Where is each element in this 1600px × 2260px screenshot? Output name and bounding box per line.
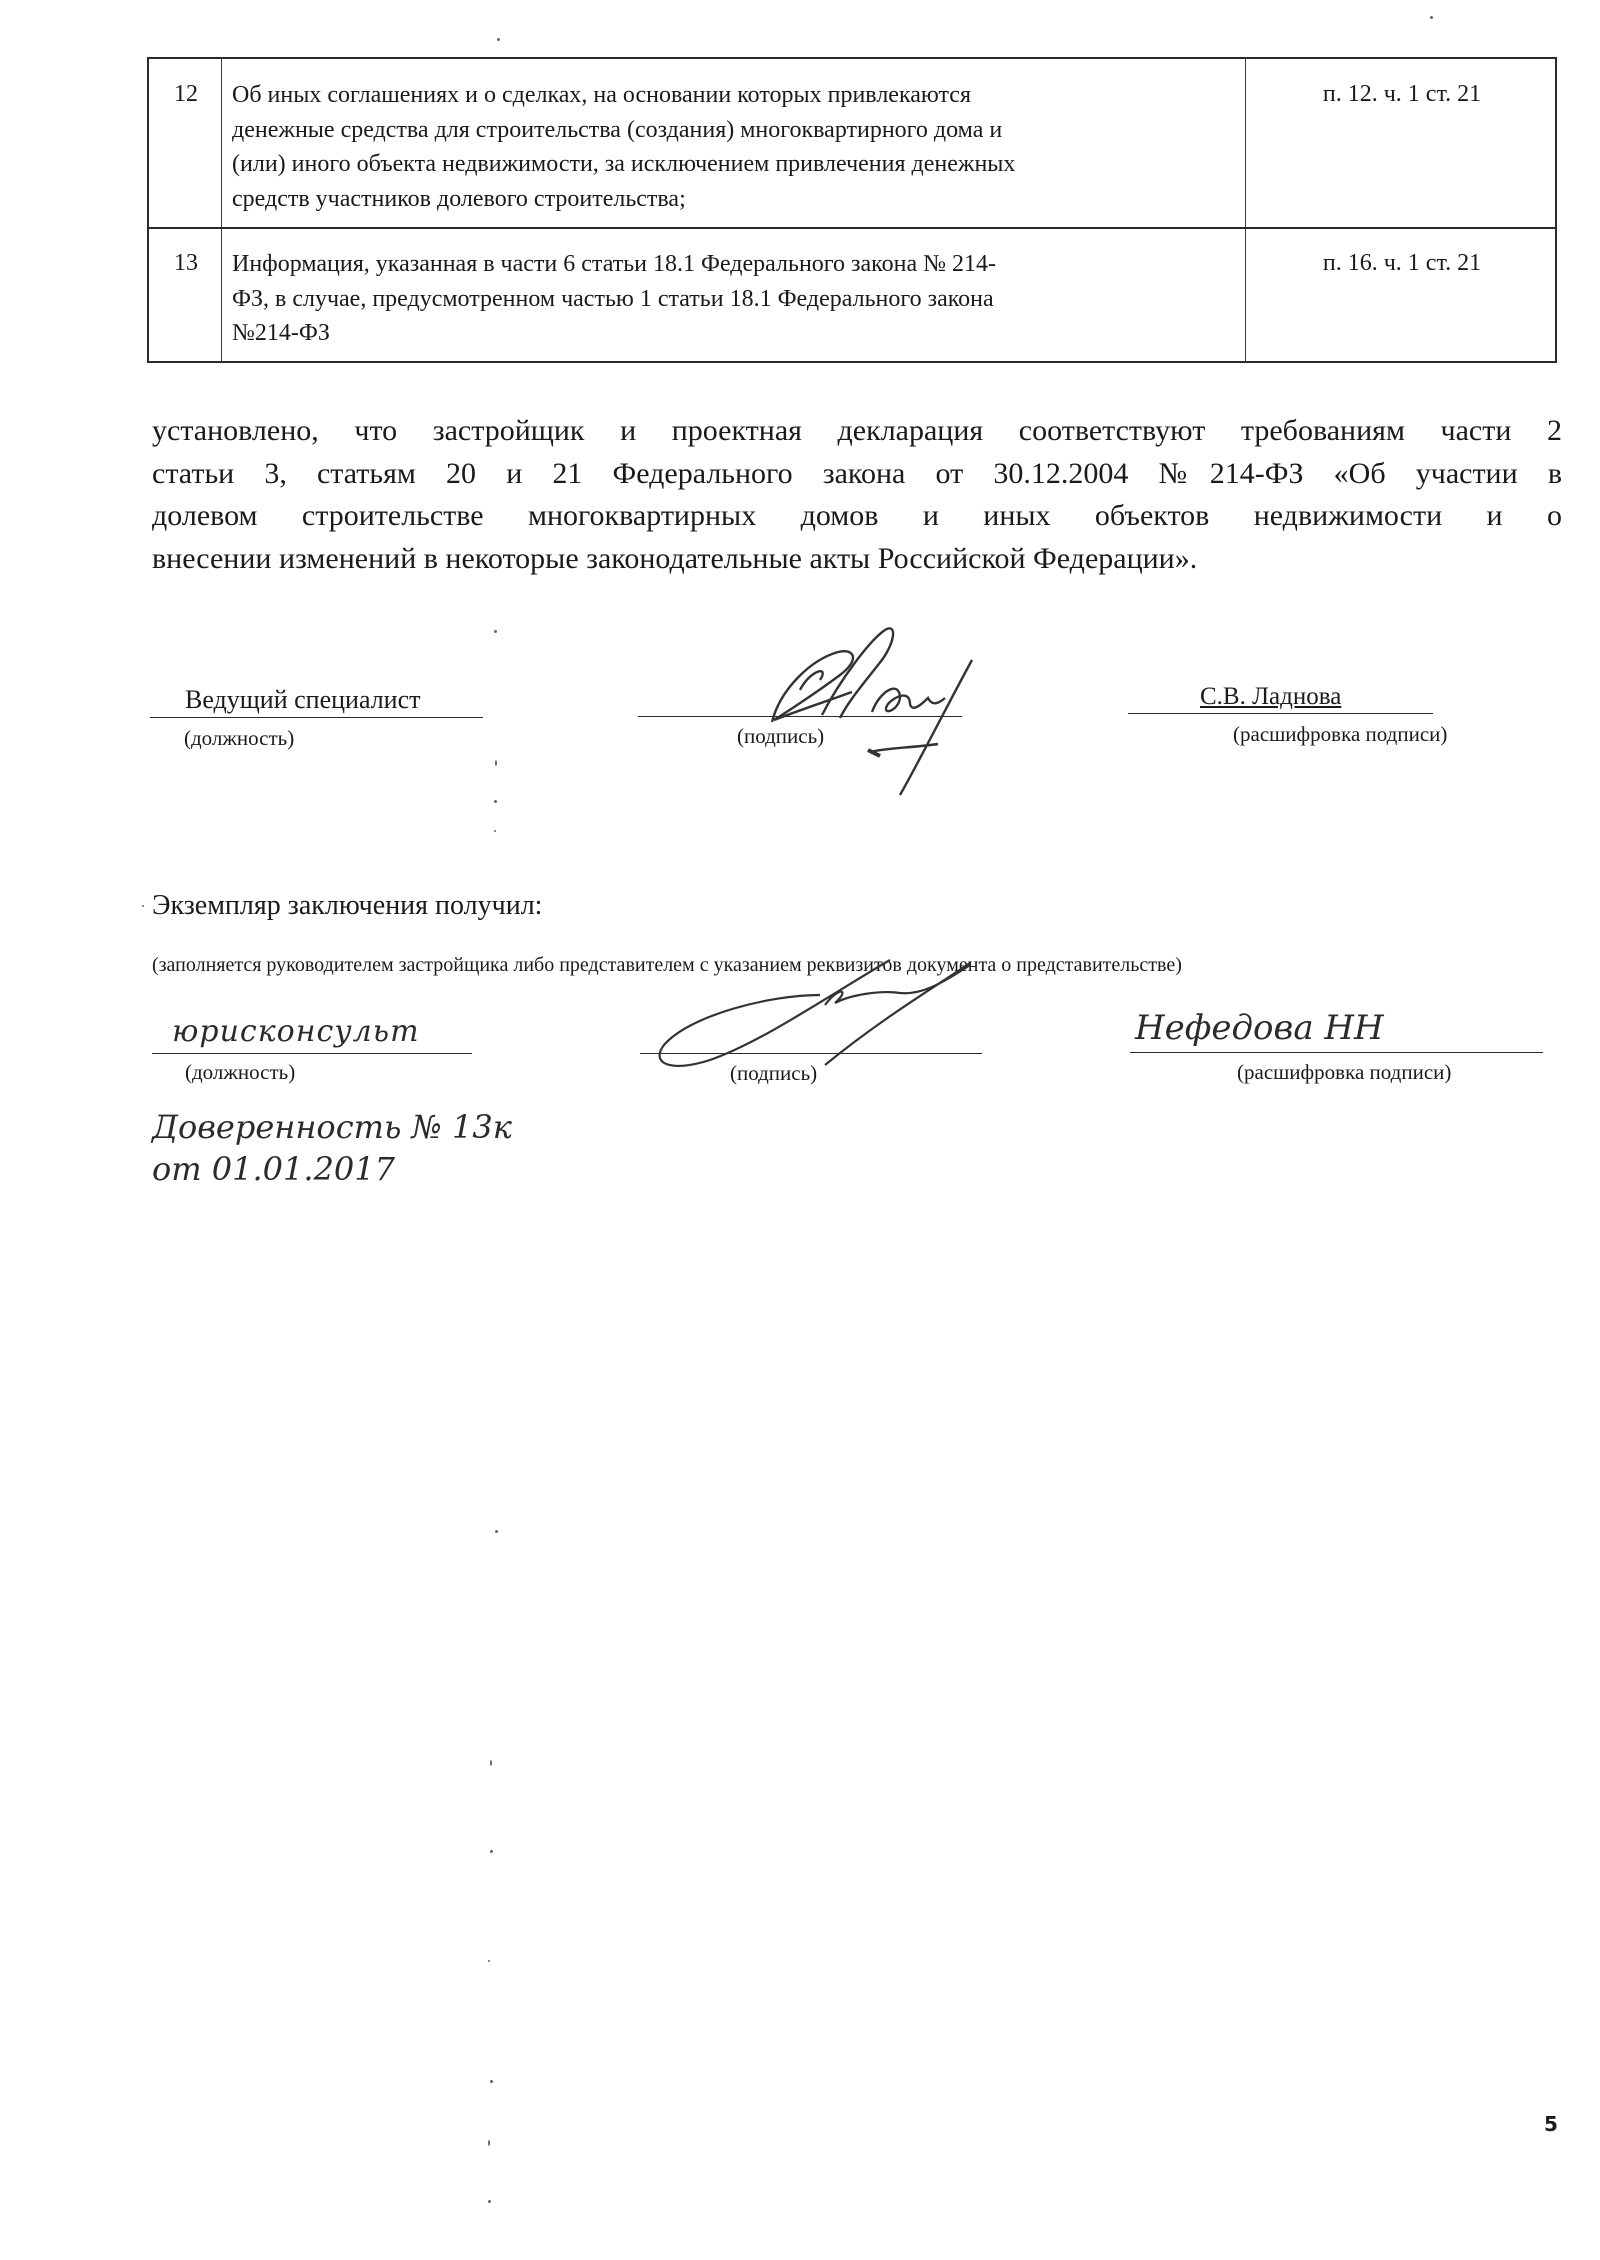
description-line: Об иных соглашениях и о сделках, на осно… (232, 78, 1015, 113)
recipient-name-handwritten: Нефедова НН (1135, 1008, 1384, 1048)
row-reference: п. 16. ч. 1 ст. 21 (1247, 250, 1557, 277)
description-line: ФЗ, в случае, предусмотренном частью 1 с… (232, 282, 996, 317)
row-description: Информация, указанная в части 6 статьи 1… (232, 247, 996, 351)
scan-speck (142, 905, 144, 907)
receipt-heading: Экземпляр заключения получил: (152, 890, 542, 922)
description-line: денежные средства для строительства (соз… (232, 113, 1015, 148)
description-line: Информация, указанная в части 6 статьи 1… (232, 247, 996, 282)
page-number: 5 (1544, 2112, 1558, 2136)
row-divider (149, 227, 1555, 229)
position-line (152, 1053, 472, 1054)
description-line: средств участников долевого строительств… (232, 182, 1015, 217)
description-line: (или) иного объекта недвижимости, за иск… (232, 147, 1015, 182)
scan-speck (488, 2200, 491, 2203)
scan-speck (1430, 16, 1433, 19)
power-of-attorney-line2: от 01.01.2017 (152, 1150, 395, 1188)
row-number: 12 (149, 81, 223, 108)
inspector-name: С.В. Ладнова (1200, 683, 1341, 711)
row-reference: п. 12. ч. 1 ст. 21 (1247, 81, 1557, 108)
inspector-signature-icon (760, 620, 990, 800)
row-number: 13 (149, 250, 223, 277)
recipient-signature-icon (650, 955, 990, 1075)
conclusion-line: долевом строительстве многоквартирных до… (152, 495, 1562, 538)
scan-speck (494, 630, 497, 633)
inspector-position: Ведущий специалист (185, 685, 421, 715)
position-line (150, 717, 483, 718)
scan-speck (495, 760, 497, 766)
conclusion-line: статьи 3, статьям 20 и 21 Федерального з… (152, 453, 1562, 496)
name-caption: (расшифровка подписи) (1237, 1060, 1451, 1085)
name-caption: (расшифровка подписи) (1233, 722, 1447, 747)
description-line: №214-ФЗ (232, 316, 996, 351)
scan-speck (494, 800, 497, 803)
requirements-table: 12 Об иных соглашениях и о сделках, на о… (147, 57, 1557, 363)
scan-speck (488, 1960, 490, 1962)
position-caption: (должность) (184, 726, 294, 751)
conclusion-line: установлено, что застройщик и проектная … (152, 410, 1562, 453)
name-line (1130, 1052, 1543, 1053)
scan-speck (490, 1760, 492, 1766)
scan-speck (495, 1530, 498, 1533)
name-line (1128, 713, 1433, 714)
scan-speck (497, 38, 500, 41)
scan-speck (488, 2140, 490, 2146)
scan-speck (494, 830, 496, 832)
conclusion-paragraph: установлено, что застройщик и проектная … (152, 410, 1562, 580)
scan-speck (490, 1850, 493, 1853)
conclusion-line: внесении изменений в некоторые законодат… (152, 538, 1562, 581)
position-caption: (должность) (185, 1060, 295, 1085)
recipient-position-handwritten: юрисконсульт (172, 1014, 420, 1049)
row-description: Об иных соглашениях и о сделках, на осно… (232, 78, 1015, 216)
power-of-attorney-line1: Доверенность № 13к (152, 1108, 512, 1146)
scan-speck (490, 2080, 493, 2083)
column-divider-reference (1245, 59, 1246, 361)
